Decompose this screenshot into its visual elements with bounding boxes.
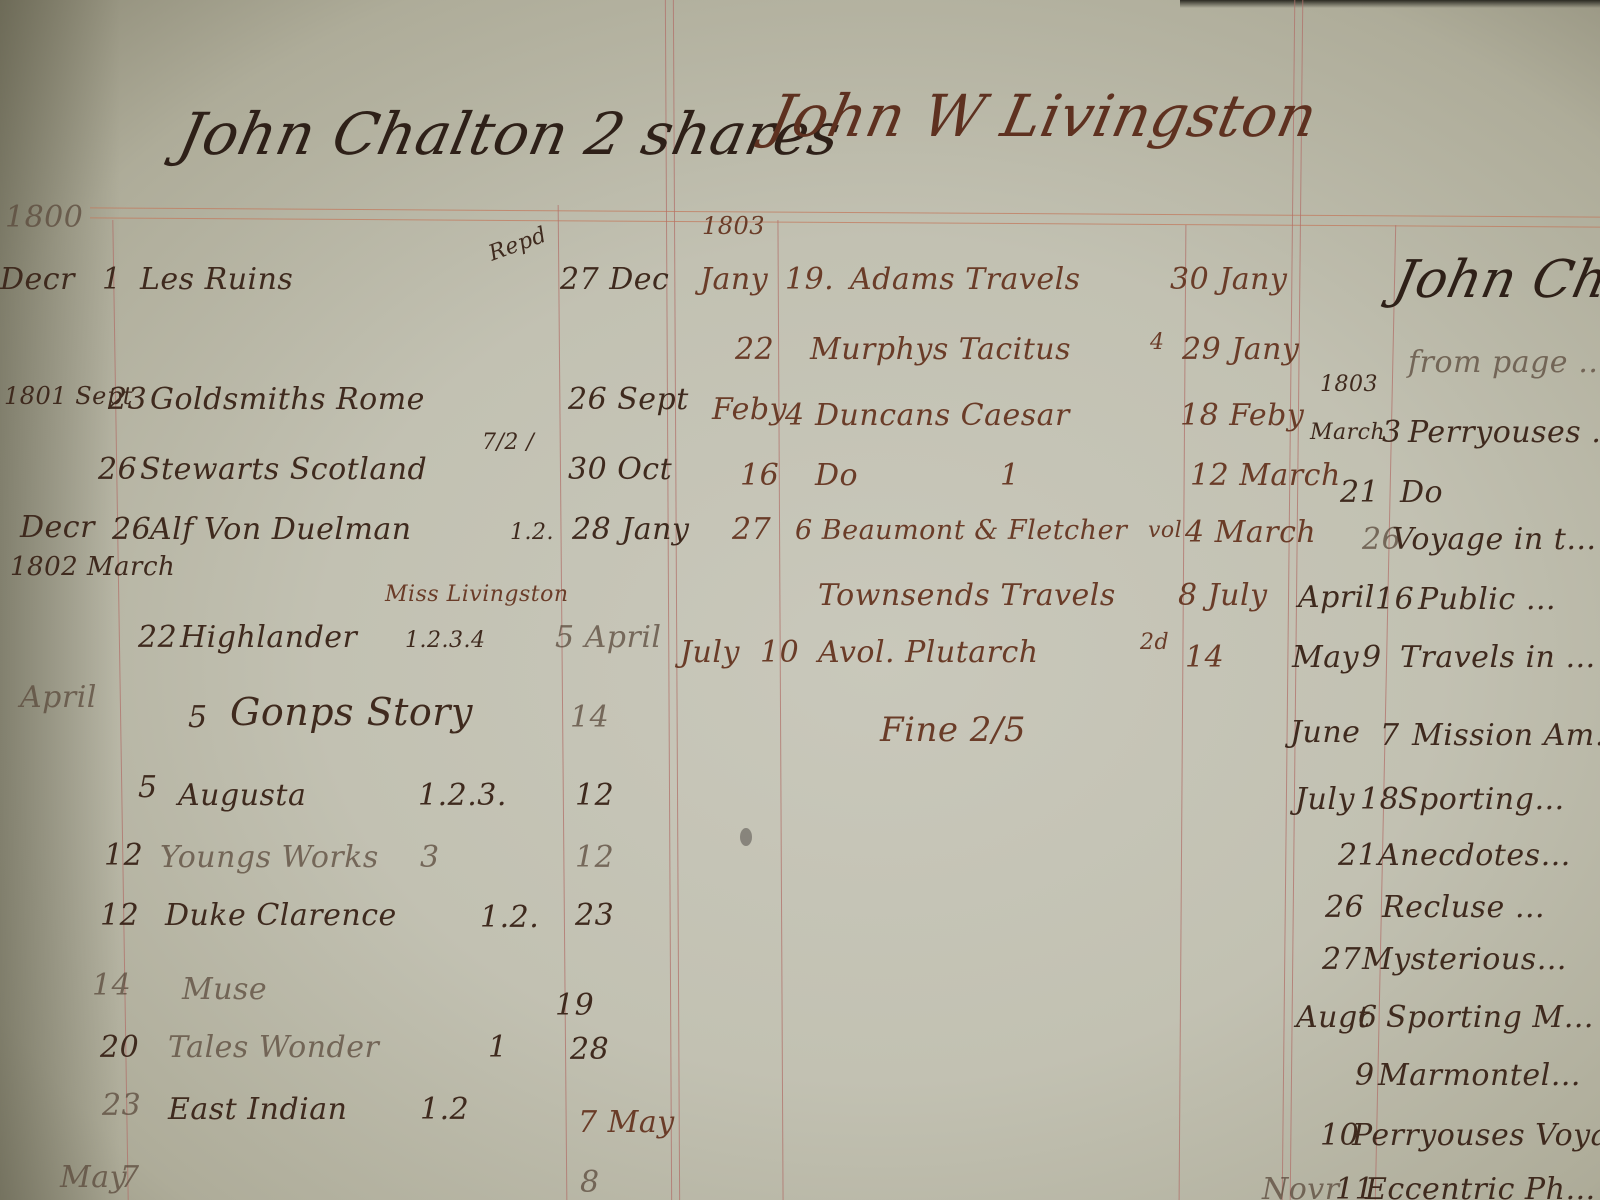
entry-title: Augusta xyxy=(178,778,306,813)
entry-returned: 23 xyxy=(575,898,614,933)
entry-month: July xyxy=(1295,782,1355,817)
account-title-livingston: John W Livingston xyxy=(763,82,1324,150)
entry-returned: 7 May xyxy=(578,1105,675,1140)
entry-returned: 4 March xyxy=(1185,515,1316,550)
entry-title: Marmontel… xyxy=(1378,1058,1581,1093)
entry-returned: 8 July xyxy=(1178,578,1268,613)
entry-month: June xyxy=(1290,715,1360,750)
entry-title: Stewarts Scotland xyxy=(140,452,427,487)
year-label: 1800 xyxy=(5,200,83,235)
year-label: 1803 xyxy=(1320,372,1378,397)
entry-month: May xyxy=(1292,640,1359,675)
entry-day: 5 xyxy=(188,700,208,735)
entry-returned: 14 xyxy=(1185,640,1224,675)
entry-month: April xyxy=(1298,580,1375,615)
entry-returned: 19 xyxy=(555,988,594,1023)
entry-title: Travels in … xyxy=(1400,640,1596,675)
entry-vols: 1.2. xyxy=(510,520,554,545)
entry-title: Youngs Works xyxy=(160,840,379,875)
entry-vols: 4 xyxy=(1150,330,1165,355)
entry-day: 9 xyxy=(1355,1058,1375,1093)
ink-blot xyxy=(740,828,752,846)
entry-title: Eccentric Ph… xyxy=(1365,1172,1596,1200)
entry-title: Tales Wonder xyxy=(168,1030,379,1065)
fine-note: Fine 2/5 xyxy=(880,710,1026,750)
entry-title: East Indian xyxy=(168,1092,347,1127)
header-rule-top xyxy=(90,207,1600,217)
entry-title: 6 Beaumont & Fletcher xyxy=(795,515,1127,546)
entry-title: Murphys Tacitus xyxy=(810,332,1071,367)
repd-note: Repd xyxy=(486,223,551,267)
column-rule xyxy=(1282,0,1296,1200)
entry-month: March xyxy=(1310,420,1385,445)
entry-returned: 28 xyxy=(570,1032,609,1067)
entry-title: Sporting… xyxy=(1398,782,1565,817)
entry-month: Feby xyxy=(712,392,787,427)
entry-title: Townsends Travels xyxy=(818,578,1116,613)
entry-day: 20 xyxy=(100,1030,139,1065)
entry-day: 22 xyxy=(138,620,177,655)
entry-title: Duke Clarence xyxy=(165,898,397,933)
column-rule xyxy=(665,0,672,1200)
entry-title: Highlander xyxy=(180,620,357,655)
entry-month: Decr xyxy=(20,510,95,545)
entry-title: Gonps Story xyxy=(230,690,473,734)
entry-title: Do xyxy=(1400,475,1443,510)
entry-returned: 12 xyxy=(575,778,614,813)
entry-day: 7 xyxy=(1380,718,1400,753)
year-label: 1803 xyxy=(702,212,765,240)
entry-returned: 14 xyxy=(570,700,609,735)
entry-month: Decr xyxy=(0,262,75,297)
entry-day: 4 xyxy=(785,398,805,433)
entry-returned: 12 March xyxy=(1190,458,1341,493)
entry-day: 21 xyxy=(1340,475,1379,510)
entry-vols: vol xyxy=(1148,518,1182,543)
entry-title: Les Ruins xyxy=(140,262,293,297)
entry-title: Adams Travels xyxy=(850,262,1081,297)
entry-title: Do xyxy=(815,458,858,493)
entry-title: Public … xyxy=(1418,582,1556,617)
book-edge xyxy=(1180,0,1600,8)
entry-day: 23 xyxy=(108,382,147,417)
entry-month: Novr xyxy=(1262,1172,1340,1200)
entry-day: 12 xyxy=(100,898,139,933)
miss-livingston-note: Miss Livingston xyxy=(385,582,569,607)
entry-title: Anecdotes… xyxy=(1378,838,1571,873)
header-rule-bottom xyxy=(90,217,1600,227)
entry-day: 14 xyxy=(92,968,131,1003)
entry-title: Mission Am… xyxy=(1412,718,1600,753)
entry-day: 26 xyxy=(1325,890,1364,925)
account-title-chalton-continued: John Cha… xyxy=(1389,250,1600,310)
entry-title: Mysterious… xyxy=(1362,942,1567,977)
entry-month: May xyxy=(60,1160,127,1195)
entry-returned: 5 April xyxy=(555,620,662,655)
entry-returned: 8 xyxy=(580,1165,600,1200)
entry-day: 27 xyxy=(732,512,771,547)
column-rule xyxy=(1375,225,1396,1200)
entry-title: Recluse … xyxy=(1382,890,1545,925)
entry-returned: 12 xyxy=(575,840,614,875)
entry-title: Voyage in t… xyxy=(1392,522,1597,557)
entry-vols: 1.2.3. xyxy=(418,778,507,813)
entry-day: 12 xyxy=(104,838,143,873)
entry-day: 27 xyxy=(1322,942,1361,977)
entry-title: Avol. Plutarch xyxy=(818,635,1039,670)
entry-month: April xyxy=(20,680,97,715)
entry-returned: 30 Jany xyxy=(1170,262,1287,297)
entry-day: 18 xyxy=(1360,782,1399,817)
entry-day: 26 xyxy=(112,512,151,547)
from-page-note: from page … xyxy=(1408,345,1600,380)
entry-day: 23 xyxy=(102,1088,141,1123)
entry-returned: 29 Jany xyxy=(1182,332,1299,367)
entry-day: 9 xyxy=(1362,640,1382,675)
entry-month: 1802 March xyxy=(10,552,175,582)
entry-title: Muse xyxy=(182,972,267,1007)
entry-vols: 2d xyxy=(1140,630,1169,655)
entry-day: 16 xyxy=(740,458,779,493)
entry-title: Alf Von Duelman xyxy=(150,512,412,547)
entry-day: 16 xyxy=(1375,582,1414,617)
column-rule xyxy=(673,0,680,1200)
entry-day: 3 xyxy=(1382,415,1402,450)
page-shadow xyxy=(0,0,120,1200)
account-title-chalton: John Chalton 2 shares xyxy=(173,100,847,168)
entry-title: Goldsmiths Rome xyxy=(150,382,425,417)
column-rule xyxy=(1179,225,1187,1200)
entry-vols: 1 xyxy=(488,1030,508,1065)
entry-returned: 18 Feby xyxy=(1180,398,1304,433)
entry-day: 26 xyxy=(98,452,137,487)
entry-vols: 1.2. xyxy=(480,900,539,935)
entry-title: Sporting M… xyxy=(1386,1000,1594,1035)
entry-vols: 3 xyxy=(420,840,440,875)
entry-vols: 1.2.3.4 xyxy=(405,628,485,653)
entry-vols: 1.2 xyxy=(420,1092,469,1127)
entry-day: 1 xyxy=(102,262,122,297)
column-rule xyxy=(777,220,783,1200)
entry-title: Duncans Caesar xyxy=(815,398,1070,433)
entry-returned: 30 Oct xyxy=(568,452,672,487)
entry-vols: 7/2 / xyxy=(482,430,534,455)
entry-day: 10 xyxy=(760,635,799,670)
entry-day: 21 xyxy=(1338,838,1377,873)
entry-month: July xyxy=(680,635,740,670)
entry-day: 6 xyxy=(1358,1000,1378,1035)
entry-vols: 1 xyxy=(1000,458,1020,493)
column-rule xyxy=(558,205,568,1200)
entry-returned: 26 Sept xyxy=(568,382,689,417)
entry-day: 7 xyxy=(120,1160,140,1195)
entry-day: 19. xyxy=(785,262,834,297)
entry-month: Jany xyxy=(700,262,768,297)
entry-day: 5 xyxy=(138,770,158,805)
entry-title: Perryouses … xyxy=(1408,415,1600,450)
entry-day: 22 xyxy=(735,332,774,367)
entry-returned: 27 Dec xyxy=(560,262,669,297)
entry-returned: 28 Jany xyxy=(572,512,689,547)
entry-title: Perryouses Voya… xyxy=(1352,1118,1600,1153)
